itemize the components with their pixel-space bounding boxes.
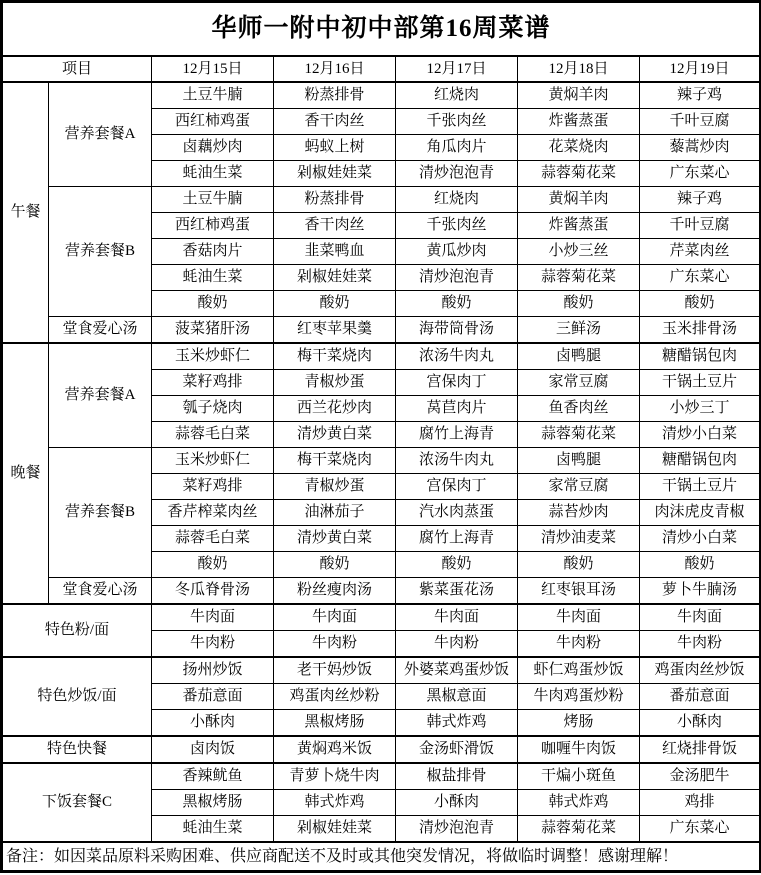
dish-cell: 梅干菜烧肉 [274, 448, 396, 474]
dish-cell: 千张肉丝 [396, 109, 518, 135]
dish-cell: 角瓜肉片 [396, 135, 518, 161]
dish-cell: 土豆牛腩 [152, 187, 274, 213]
dish-cell: 香菇肉片 [152, 239, 274, 265]
dish-cell: 黑椒烤肠 [274, 710, 396, 737]
dish-cell: 西红柿鸡蛋 [152, 213, 274, 239]
dish-cell: 酸奶 [274, 552, 396, 578]
dish-cell: 玉米炒虾仁 [152, 448, 274, 474]
dish-cell: 菠菜猪肝汤 [152, 317, 274, 344]
dish-cell: 黄焖羊肉 [518, 82, 640, 109]
dish-cell: 清炒泡泡青 [396, 161, 518, 187]
group-label: 堂食爱心汤 [49, 578, 152, 605]
dish-cell: 干煸小斑鱼 [518, 763, 640, 790]
dish-cell: 黄瓜炒肉 [396, 239, 518, 265]
dish-cell: 萝卜牛腩汤 [640, 578, 761, 605]
dish-cell: 小炒三丁 [640, 396, 761, 422]
dish-cell: 芹菜肉丝 [640, 239, 761, 265]
dish-cell: 西红柿鸡蛋 [152, 109, 274, 135]
dish-cell: 外婆菜鸡蛋炒饭 [396, 657, 518, 684]
dish-cell: 小酥肉 [640, 710, 761, 737]
dish-cell: 牛肉面 [640, 604, 761, 631]
dish-cell: 香芹榨菜肉丝 [152, 500, 274, 526]
dish-cell: 清炒泡泡青 [396, 265, 518, 291]
dish-cell: 玉米排骨汤 [640, 317, 761, 344]
dish-cell: 牛肉粉 [396, 631, 518, 658]
dish-cell: 卤鸭腿 [518, 343, 640, 370]
menu-row: 下饭套餐C香辣鱿鱼青萝卜烧牛肉椒盐排骨干煸小斑鱼金汤肥牛 [2, 763, 761, 790]
section-label: 特色快餐 [2, 736, 152, 763]
dish-cell: 小酥肉 [396, 790, 518, 816]
dish-cell: 酸奶 [396, 291, 518, 317]
dish-cell: 卤肉饭 [152, 736, 274, 763]
dish-cell: 浓汤牛肉丸 [396, 343, 518, 370]
dish-cell: 清炒泡泡青 [396, 816, 518, 843]
dish-cell: 青萝卜烧牛肉 [274, 763, 396, 790]
dish-cell: 三鲜汤 [518, 317, 640, 344]
dish-cell: 牛肉鸡蛋炒粉 [518, 684, 640, 710]
dish-cell: 家常豆腐 [518, 370, 640, 396]
dish-cell: 梅干菜烧肉 [274, 343, 396, 370]
dish-cell: 清炒黄白菜 [274, 422, 396, 448]
dish-cell: 蒜蓉菊花菜 [518, 422, 640, 448]
dish-cell: 汽水肉蒸蛋 [396, 500, 518, 526]
dish-cell: 卤藕炒肉 [152, 135, 274, 161]
dish-cell: 紫菜蛋花汤 [396, 578, 518, 605]
dish-cell: 蚝油生菜 [152, 816, 274, 843]
dish-cell: 粉丝瘦肉汤 [274, 578, 396, 605]
dish-cell: 广东菜心 [640, 265, 761, 291]
menu-table: 华师一附中初中部第16周菜谱项目12月15日12月16日12月17日12月18日… [0, 0, 761, 873]
dish-cell: 酸奶 [396, 552, 518, 578]
dish-cell: 酸奶 [640, 552, 761, 578]
menu-row: 特色快餐卤肉饭黄焖鸡米饭金汤虾滑饭咖喱牛肉饭红烧排骨饭 [2, 736, 761, 763]
dish-cell: 韩式炸鸡 [274, 790, 396, 816]
dish-cell: 土豆牛腩 [152, 82, 274, 109]
dish-cell: 鸡蛋肉丝炒饭 [640, 657, 761, 684]
dish-cell: 卤鸭腿 [518, 448, 640, 474]
dish-cell: 红烧肉 [396, 187, 518, 213]
dish-cell: 西兰花炒肉 [274, 396, 396, 422]
dish-cell: 蒜蓉菊花菜 [518, 161, 640, 187]
menu-row: 特色粉/面牛肉面牛肉面牛肉面牛肉面牛肉面 [2, 604, 761, 631]
dish-cell: 黑椒意面 [396, 684, 518, 710]
dish-cell: 酸奶 [152, 291, 274, 317]
dish-cell: 椒盐排骨 [396, 763, 518, 790]
dish-cell: 莴苣肉片 [396, 396, 518, 422]
group-label: 营养套餐B [49, 448, 152, 578]
group-label: 营养套餐B [49, 187, 152, 317]
footer-note: 备注：如因菜品原料采购困难、供应商配送不及时或其他突发情况，将做临时调整！感谢理… [2, 842, 761, 872]
dish-cell: 广东菜心 [640, 161, 761, 187]
dish-cell: 蒜蓉毛白菜 [152, 422, 274, 448]
dish-cell: 香干肉丝 [274, 109, 396, 135]
section-label: 特色炒饭/面 [2, 657, 152, 736]
dish-cell: 老干妈炒饭 [274, 657, 396, 684]
dish-cell: 油淋茄子 [274, 500, 396, 526]
dish-cell: 糖醋锅包肉 [640, 343, 761, 370]
dish-cell: 牛肉粉 [518, 631, 640, 658]
dish-cell: 香干肉丝 [274, 213, 396, 239]
dish-cell: 肉沫虎皮青椒 [640, 500, 761, 526]
menu-row: 堂食爱心汤冬瓜脊骨汤粉丝瘦肉汤紫菜蛋花汤红枣银耳汤萝卜牛腩汤 [2, 578, 761, 605]
date-column-header: 12月19日 [640, 56, 761, 82]
dish-cell: 剁椒娃娃菜 [274, 265, 396, 291]
dish-cell: 黑椒烤肠 [152, 790, 274, 816]
dish-cell: 炸酱蒸蛋 [518, 213, 640, 239]
dish-cell: 鸡排 [640, 790, 761, 816]
dish-cell: 牛肉面 [518, 604, 640, 631]
date-column-header: 12月16日 [274, 56, 396, 82]
dish-cell: 千叶豆腐 [640, 109, 761, 135]
dish-cell: 菜籽鸡排 [152, 474, 274, 500]
dish-cell: 香辣鱿鱼 [152, 763, 274, 790]
dish-cell: 红烧肉 [396, 82, 518, 109]
dish-cell: 韩式炸鸡 [518, 790, 640, 816]
dish-cell: 牛肉面 [152, 604, 274, 631]
dish-cell: 红枣苹果羹 [274, 317, 396, 344]
item-column-header: 项目 [2, 56, 152, 82]
dish-cell: 牛肉粉 [274, 631, 396, 658]
dish-cell: 蚝油生菜 [152, 161, 274, 187]
dish-cell: 剁椒娃娃菜 [274, 816, 396, 843]
dish-cell: 金汤虾滑饭 [396, 736, 518, 763]
menu-row: 午餐营养套餐A土豆牛腩粉蒸排骨红烧肉黄焖羊肉辣子鸡 [2, 82, 761, 109]
dish-cell: 青椒炒蛋 [274, 474, 396, 500]
dish-cell: 玉米炒虾仁 [152, 343, 274, 370]
header-row: 项目12月15日12月16日12月17日12月18日12月19日 [2, 56, 761, 82]
menu-row: 晚餐营养套餐A玉米炒虾仁梅干菜烧肉浓汤牛肉丸卤鸭腿糖醋锅包肉 [2, 343, 761, 370]
dish-cell: 金汤肥牛 [640, 763, 761, 790]
dish-cell: 干锅土豆片 [640, 370, 761, 396]
section-label: 下饭套餐C [2, 763, 152, 842]
dish-cell: 宫保肉丁 [396, 474, 518, 500]
date-column-header: 12月15日 [152, 56, 274, 82]
menu-row: 特色炒饭/面扬州炒饭老干妈炒饭外婆菜鸡蛋炒饭虾仁鸡蛋炒饭鸡蛋肉丝炒饭 [2, 657, 761, 684]
menu-body: 华师一附中初中部第16周菜谱项目12月15日12月16日12月17日12月18日… [2, 2, 761, 872]
date-column-header: 12月18日 [518, 56, 640, 82]
dish-cell: 腐竹上海青 [396, 526, 518, 552]
title-row: 华师一附中初中部第16周菜谱 [2, 2, 761, 57]
menu-row: 营养套餐B玉米炒虾仁梅干菜烧肉浓汤牛肉丸卤鸭腿糖醋锅包肉 [2, 448, 761, 474]
dish-cell: 红枣银耳汤 [518, 578, 640, 605]
dish-cell: 清炒黄白菜 [274, 526, 396, 552]
dish-cell: 鱼香肉丝 [518, 396, 640, 422]
dish-cell: 干锅土豆片 [640, 474, 761, 500]
menu-row: 营养套餐B土豆牛腩粉蒸排骨红烧肉黄焖羊肉辣子鸡 [2, 187, 761, 213]
dish-cell: 瓠子烧肉 [152, 396, 274, 422]
date-column-header: 12月17日 [396, 56, 518, 82]
dish-cell: 清炒油麦菜 [518, 526, 640, 552]
dish-cell: 清炒小白菜 [640, 422, 761, 448]
dish-cell: 藜蒿炒肉 [640, 135, 761, 161]
dish-cell: 腐竹上海青 [396, 422, 518, 448]
dish-cell: 酸奶 [518, 291, 640, 317]
dish-cell: 烤肠 [518, 710, 640, 737]
dish-cell: 番茄意面 [640, 684, 761, 710]
dish-cell: 小炒三丝 [518, 239, 640, 265]
dish-cell: 冬瓜脊骨汤 [152, 578, 274, 605]
dish-cell: 浓汤牛肉丸 [396, 448, 518, 474]
group-label: 营养套餐A [49, 82, 152, 187]
dish-cell: 家常豆腐 [518, 474, 640, 500]
dish-cell: 黄焖羊肉 [518, 187, 640, 213]
dish-cell: 海带筒骨汤 [396, 317, 518, 344]
dish-cell: 虾仁鸡蛋炒饭 [518, 657, 640, 684]
dish-cell: 花菜烧肉 [518, 135, 640, 161]
dish-cell: 蒜蓉菊花菜 [518, 816, 640, 843]
group-label: 堂食爱心汤 [49, 317, 152, 344]
section-label: 特色粉/面 [2, 604, 152, 657]
dish-cell: 韩式炸鸡 [396, 710, 518, 737]
dish-cell: 牛肉粉 [152, 631, 274, 658]
dish-cell: 蚂蚁上树 [274, 135, 396, 161]
dish-cell: 咖喱牛肉饭 [518, 736, 640, 763]
dish-cell: 韭菜鸭血 [274, 239, 396, 265]
dish-cell: 辣子鸡 [640, 82, 761, 109]
dish-cell: 酸奶 [518, 552, 640, 578]
group-label: 营养套餐A [49, 343, 152, 448]
dish-cell: 炸酱蒸蛋 [518, 109, 640, 135]
dish-cell: 黄焖鸡米饭 [274, 736, 396, 763]
dish-cell: 小酥肉 [152, 710, 274, 737]
dish-cell: 酸奶 [152, 552, 274, 578]
dish-cell: 千张肉丝 [396, 213, 518, 239]
dish-cell: 粉蒸排骨 [274, 187, 396, 213]
dish-cell: 千叶豆腐 [640, 213, 761, 239]
menu-row: 堂食爱心汤菠菜猪肝汤红枣苹果羹海带筒骨汤三鲜汤玉米排骨汤 [2, 317, 761, 344]
dish-cell: 糖醋锅包肉 [640, 448, 761, 474]
page-title: 华师一附中初中部第16周菜谱 [2, 2, 761, 57]
meal-label: 午餐 [2, 82, 49, 343]
dish-cell: 粉蒸排骨 [274, 82, 396, 109]
dish-cell: 剁椒娃娃菜 [274, 161, 396, 187]
dish-cell: 番茄意面 [152, 684, 274, 710]
dish-cell: 辣子鸡 [640, 187, 761, 213]
dish-cell: 蒜苔炒肉 [518, 500, 640, 526]
dish-cell: 牛肉粉 [640, 631, 761, 658]
dish-cell: 蚝油生菜 [152, 265, 274, 291]
dish-cell: 牛肉面 [274, 604, 396, 631]
dish-cell: 蒜蓉毛白菜 [152, 526, 274, 552]
dish-cell: 蒜蓉菊花菜 [518, 265, 640, 291]
dish-cell: 酸奶 [640, 291, 761, 317]
footer-row: 备注：如因菜品原料采购困难、供应商配送不及时或其他突发情况，将做临时调整！感谢理… [2, 842, 761, 872]
meal-label: 晚餐 [2, 343, 49, 604]
dish-cell: 鸡蛋肉丝炒粉 [274, 684, 396, 710]
dish-cell: 宫保肉丁 [396, 370, 518, 396]
dish-cell: 扬州炒饭 [152, 657, 274, 684]
dish-cell: 菜籽鸡排 [152, 370, 274, 396]
dish-cell: 牛肉面 [396, 604, 518, 631]
dish-cell: 红烧排骨饭 [640, 736, 761, 763]
dish-cell: 清炒小白菜 [640, 526, 761, 552]
dish-cell: 广东菜心 [640, 816, 761, 843]
dish-cell: 酸奶 [274, 291, 396, 317]
dish-cell: 青椒炒蛋 [274, 370, 396, 396]
